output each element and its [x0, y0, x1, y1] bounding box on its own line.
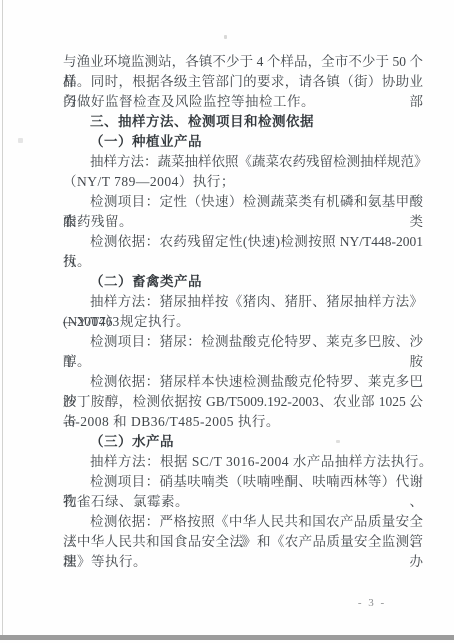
heading-line: （一）种植业产品	[63, 132, 423, 152]
text-line: 检测项目：猪尿：检测盐酸克伦特罗、莱克多巴胺、沙丁胺	[63, 332, 423, 352]
text-line: 抽样方法：蔬菜抽样依照《蔬菜农药残留检测抽样规范》	[63, 152, 423, 172]
text-line: 检测依据：严格按照《中华人民共和国农产品质量安全法》、	[63, 512, 423, 532]
scanned-document-page: 与渔业环境监测站，各镇不少于 4 个样品，全市不少于 50 个样品。同时，根据各…	[0, 0, 454, 643]
scan-edge-line	[2, 0, 3, 636]
text-line: 抽样方法：猪尿抽样按《猪肉、猪肝、猪尿抽样方法》(NY/T763	[63, 292, 423, 312]
heading-line: （三）水产品	[63, 432, 423, 452]
scan-bottom-band	[0, 635, 454, 640]
text-line: —2004）规定执行。	[63, 312, 423, 332]
text-line: 检测项目：硝基呋喃类（呋喃唑酮、呋喃西林等）代谢物、	[63, 472, 423, 492]
text-line: 检测依据：农药残留定性(快速)检测按照 NY/T448-2001 执	[63, 232, 423, 252]
text-line: -6-2008 和 DB36/T485-2005 执行。	[63, 412, 423, 432]
text-line: 检测依据：猪尿样本快速检测盐酸克伦特罗、莱克多巴胺、	[63, 372, 423, 392]
scan-artifact	[18, 138, 23, 143]
heading-line: （二）畜禽类产品	[63, 272, 423, 292]
scan-artifact	[224, 35, 227, 39]
text-line: 《中华人民共和国食品安全法》和《农产品质量安全监测管理办	[63, 532, 423, 552]
text-line: 抽样方法：根据 SC/T 3016-2004 水产品抽样方法执行。	[63, 452, 423, 472]
text-line: 与渔业环境监测站，各镇不少于 4 个样品，全市不少于 50 个样	[63, 52, 423, 72]
text-line: 沙丁胺醇，检测依据按 GB/T5009.192-2003、农业部 1025 公告	[63, 392, 423, 412]
heading-line: 三、抽样方法、检测项目和检测依据	[63, 112, 423, 132]
text-line: 品。同时，根据各级主管部门的要求，请各镇（街）协助业务部	[63, 72, 423, 92]
text-line: 行。	[63, 252, 423, 272]
text-line: 检测项目：定性（快速）检测蔬菜类有机磷和氨基甲酸酯类	[63, 192, 423, 212]
document-body-text: 与渔业环境监测站，各镇不少于 4 个样品，全市不少于 50 个样品。同时，根据各…	[63, 52, 423, 572]
text-line: （NY/T 789—2004）执行；	[63, 172, 423, 192]
page-number: - 3 -	[350, 597, 394, 609]
